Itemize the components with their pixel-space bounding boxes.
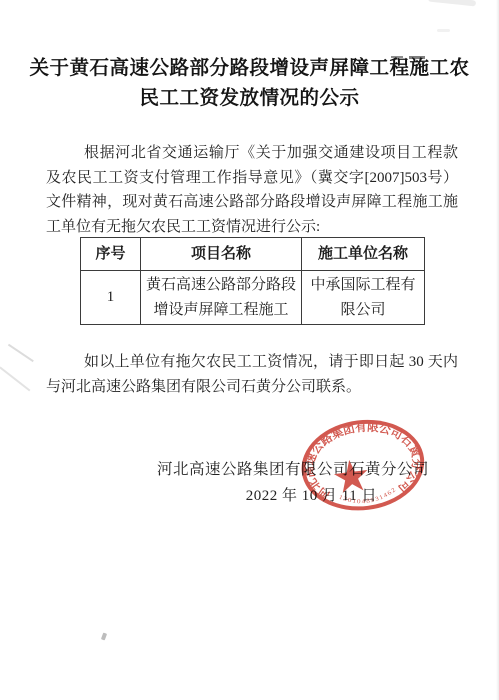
scan-smudge: [437, 29, 450, 32]
cell-index: 1: [81, 271, 141, 325]
table-header-unit: 施工单位名称: [302, 238, 425, 271]
cell-construction-unit: 中承国际工程有限公司: [302, 271, 425, 325]
cell-project-name: 黄石高速公路部分路段增设声屏障工程施工: [141, 271, 302, 325]
table-header-row: 序号 项目名称 施工单位名称: [81, 238, 425, 271]
wage-publicity-table: 序号 项目名称 施工单位名称 1 黄石高速公路部分路段增设声屏障工程施工 中承国…: [80, 237, 425, 325]
table-row: 1 黄石高速公路部分路段增设声屏障工程施工 中承国际工程有限公司: [81, 271, 425, 325]
scan-speck: [101, 633, 107, 641]
contact-paragraph: 如以上单位有拖欠农民工工资情况，请于即日起 30 天内与河北高速公路集团有限公司…: [46, 350, 458, 399]
table-header-index: 序号: [81, 238, 141, 271]
seal-star-icon: ★: [329, 449, 374, 504]
scan-scratch: [8, 344, 34, 362]
page-title: 关于黄石高速公路部分路段增设声屏障工程施工农民工工资发放情况的公示: [23, 54, 477, 114]
table-header-project: 项目名称: [141, 238, 302, 271]
scan-smudge: [428, 0, 476, 6]
intro-paragraph: 根据河北省交通运输厅《关于加强交通建设项目工程款及农民工工资支付管理工作指导意见…: [46, 141, 458, 239]
scanned-document-page: 关于黄石高速公路部分路段增设声屏障工程施工农民工工资发放情况的公示 根据河北省交…: [0, 0, 499, 700]
official-seal: 河北高速公路集团有限公司石黄分公司 ★ 1301048931462: [294, 410, 435, 521]
scan-scratch: [0, 366, 30, 391]
